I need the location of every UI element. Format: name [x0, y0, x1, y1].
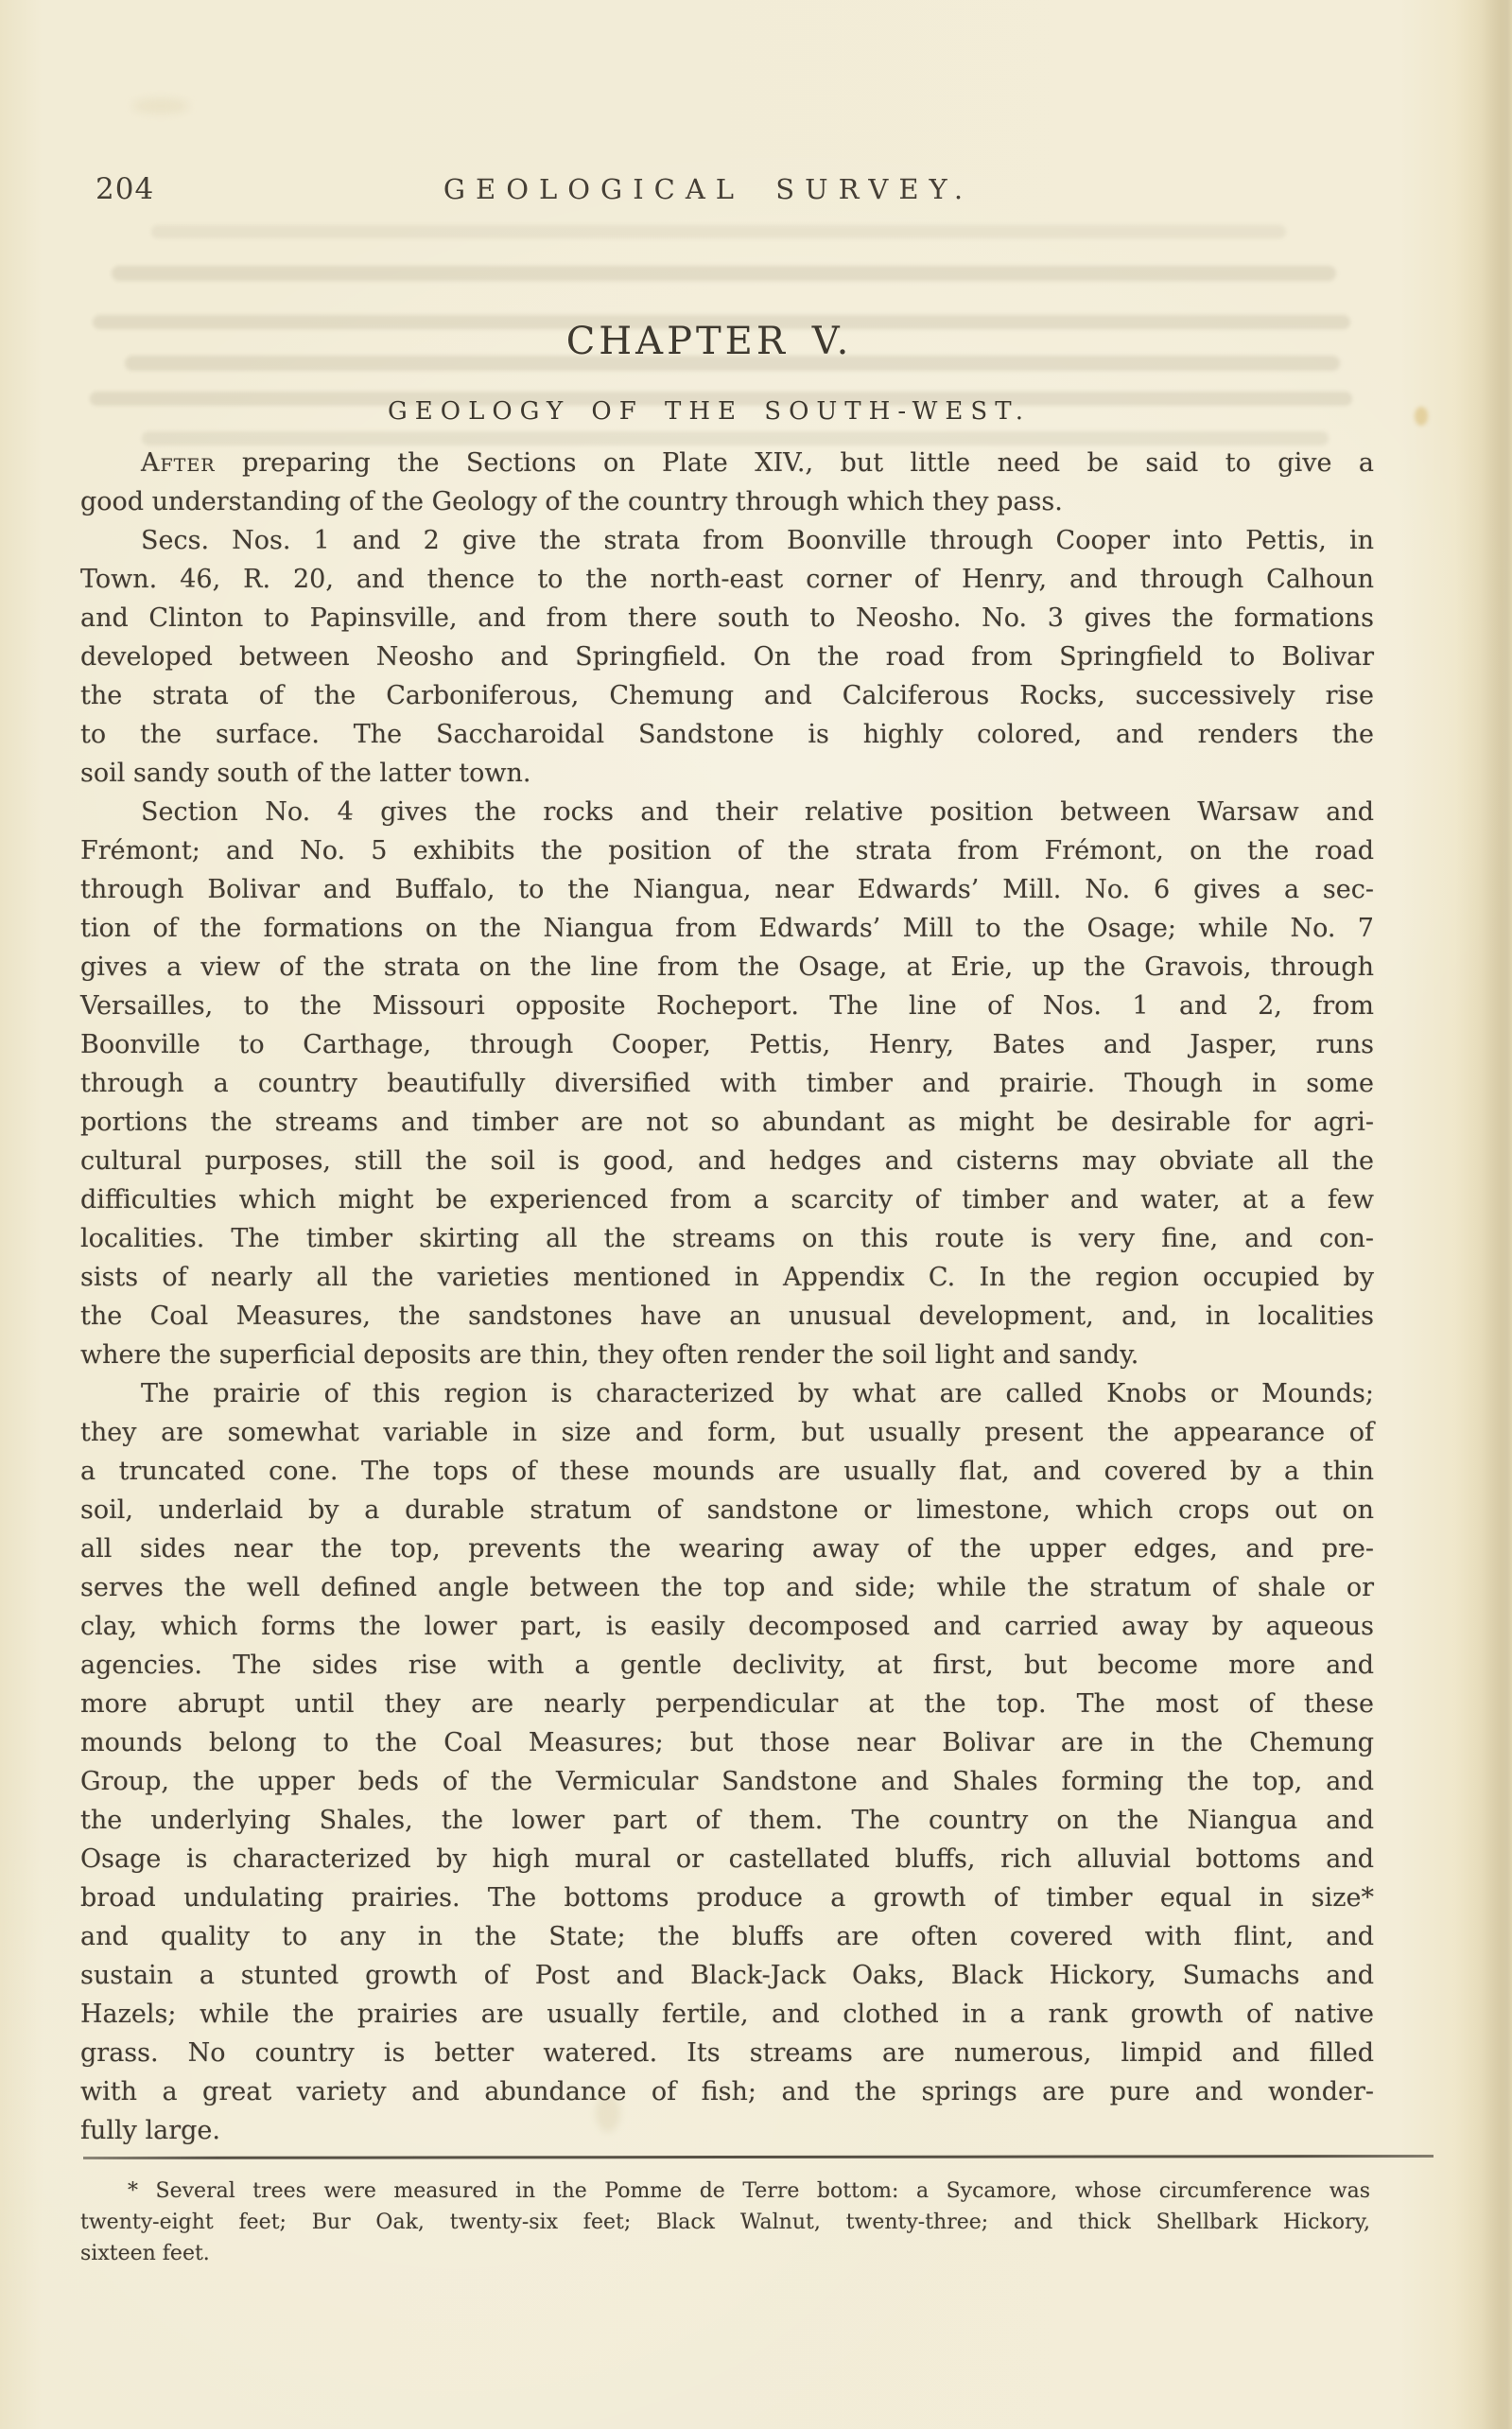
text-line: grass. No country is better watered. Its… — [80, 2034, 1374, 2072]
text-line: where the superficial deposits are thin,… — [80, 1336, 1374, 1374]
text-line: and quality to any in the State; the blu… — [80, 1917, 1374, 1956]
paper-stain — [1415, 407, 1428, 426]
text-line: Hazels; while the prairies are usually f… — [80, 1995, 1374, 2034]
text-line: Osage is characterized by high mural or … — [80, 1840, 1374, 1879]
text-line: to the surface. The Saccharoidal Sandsto… — [80, 715, 1374, 754]
text-line: with a great variety and abundance of fi… — [80, 2072, 1374, 2111]
text-line: soil sandy south of the latter town. — [80, 754, 1374, 793]
bleedthrough-artifact — [112, 266, 1336, 281]
text-line: The prairie of this region is characteri… — [80, 1374, 1374, 1413]
text-line: all sides near the top, prevents the wea… — [80, 1529, 1374, 1568]
text-line: cultural purposes, still the soil is goo… — [80, 1142, 1374, 1180]
body-text: After preparing the Sections on Plate XI… — [80, 444, 1374, 2150]
text-line: the underlying Shales, the lower part of… — [80, 1801, 1374, 1840]
text-line: localities. The timber skirting all the … — [80, 1219, 1374, 1258]
text-line: sixteen feet. — [80, 2238, 1370, 2269]
text-line: gives a view of the strata on the line f… — [80, 948, 1374, 987]
text-line: a truncated cone. The tops of these moun… — [80, 1452, 1374, 1491]
text-line: through a country beautifully diversifie… — [80, 1064, 1374, 1103]
text-line: broad undulating prairies. The bottoms p… — [80, 1879, 1374, 1917]
text-line: they are somewhat variable in size and f… — [80, 1413, 1374, 1452]
text-line: Frémont; and No. 5 exhibits the position… — [80, 831, 1374, 870]
text-line: tion of the formations on the Niangua fr… — [80, 909, 1374, 948]
text-line: Boonville to Carthage, through Cooper, P… — [80, 1025, 1374, 1064]
text-line: the Coal Measures, the sandstones have a… — [80, 1297, 1374, 1336]
text-line: good understanding of the Geology of the… — [80, 482, 1374, 521]
bleedthrough-artifact — [151, 225, 1286, 238]
text-line: * Several trees were measured in the Pom… — [80, 2176, 1370, 2207]
text-line: clay, which forms the lower part, is eas… — [80, 1607, 1374, 1646]
text-line: twenty-eight feet; Bur Oak, twenty-six f… — [80, 2207, 1370, 2238]
text-line: more abrupt until they are nearly perpen… — [80, 1685, 1374, 1723]
text-line: the strata of the Carboniferous, Chemung… — [80, 676, 1374, 715]
text-line: agencies. The sides rise with a gentle d… — [80, 1646, 1374, 1685]
text-line: portions the streams and timber are not … — [80, 1103, 1374, 1142]
text-line: Versailles, to the Missouri opposite Roc… — [80, 987, 1374, 1025]
book-page: 204 GEOLOGICAL SURVEY. CHAPTER V. GEOLOG… — [0, 0, 1512, 2429]
paragraph-lead-word: After — [141, 448, 216, 478]
text-line: Secs. Nos. 1 and 2 give the strata from … — [80, 521, 1374, 560]
running-head: 204 GEOLOGICAL SURVEY. — [80, 173, 1374, 205]
footnote-rule — [83, 2155, 1434, 2159]
text-line: Section No. 4 gives the rocks and their … — [80, 793, 1374, 831]
text-line: serves the well defined angle between th… — [80, 1568, 1374, 1607]
text-line: Town. 46, R. 20, and thence to the north… — [80, 560, 1374, 599]
text-line: mounds belong to the Coal Measures; but … — [80, 1723, 1374, 1762]
text-line: sustain a stunted growth of Post and Bla… — [80, 1956, 1374, 1995]
text-line: through Bolivar and Buffalo, to the Nian… — [80, 870, 1374, 909]
footnote: * Several trees were measured in the Pom… — [80, 2176, 1370, 2269]
text-line: soil, underlaid by a durable stratum of … — [80, 1491, 1374, 1529]
running-header-title: GEOLOGICAL SURVEY. — [80, 173, 1336, 205]
text-line: fully large. — [80, 2111, 1374, 2150]
text-line: sists of nearly all the varieties mentio… — [80, 1258, 1374, 1297]
paper-stain — [132, 98, 189, 114]
text-line: After preparing the Sections on Plate XI… — [80, 444, 1374, 482]
text-line: difficulties which might be experienced … — [80, 1180, 1374, 1219]
text-line: developed between Neosho and Springfield… — [80, 638, 1374, 676]
text-line: Group, the upper beds of the Vermicular … — [80, 1762, 1374, 1801]
chapter-heading: CHAPTER V. — [80, 320, 1338, 363]
section-heading: GEOLOGY OF THE SOUTH-WEST. — [80, 397, 1338, 426]
text-line: and Clinton to Papinsville, and from the… — [80, 599, 1374, 638]
